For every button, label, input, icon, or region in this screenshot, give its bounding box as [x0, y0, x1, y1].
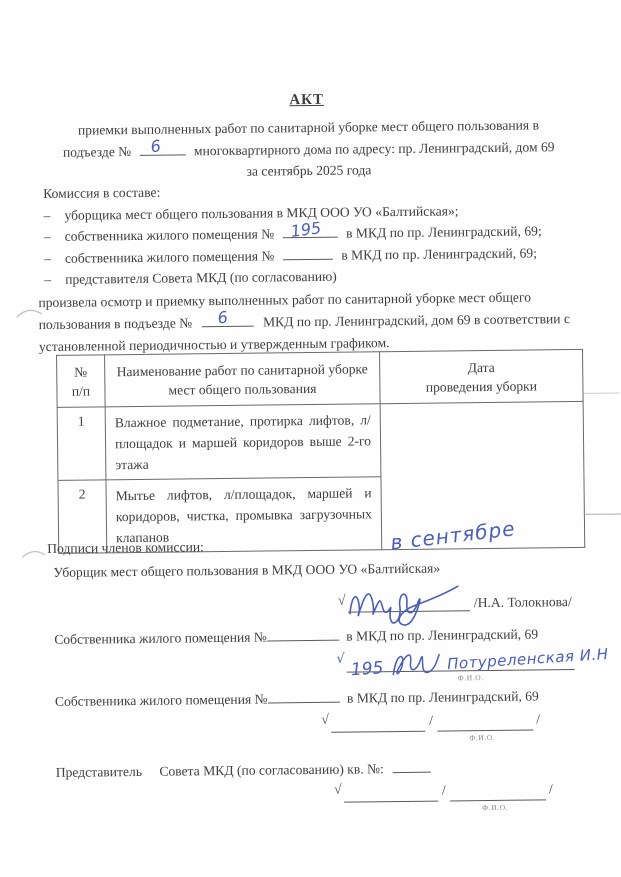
- entrance-number-blank: 6: [139, 140, 185, 156]
- owner1-signature-scribble: [388, 646, 442, 681]
- representative-fio-caption: Ф.И.О.: [482, 803, 508, 812]
- works-table-header-row: № п/п Наименование работ по санитарной у…: [57, 349, 584, 407]
- commission-item-3-before: собственника жилого помещения №: [65, 248, 275, 265]
- intro-line2-after: многоквартирного дома по адресу: пр. Лен…: [194, 139, 555, 158]
- owner2-signature-line: [331, 731, 425, 733]
- header-cell-work-name: Наименование работ по санитарной уборке …: [105, 352, 381, 407]
- scan-artifact-line-bottom: [584, 513, 621, 514]
- owner2-label-after: в МКД по пр. Ленинградский, 69: [347, 688, 539, 705]
- representative-signature-line: [344, 801, 438, 803]
- owner1-apartment-blank: 195: [283, 223, 338, 239]
- margin-arc-mark-upper: [14, 303, 44, 321]
- intro-paragraph: приемки выполненных работ по санитарной …: [44, 114, 573, 184]
- intro-line2-before: подъезде №: [63, 144, 131, 160]
- owner2-check-mark: √: [321, 713, 329, 729]
- commission-heading: Комиссия в составе:: [43, 182, 160, 205]
- row1-number-cell: 1: [57, 407, 106, 481]
- header-date-line2: проведения уборки: [384, 375, 578, 396]
- owner1-label-blank: [267, 626, 339, 642]
- owner1-fio-caption: Ф.И.О.: [458, 673, 484, 682]
- owner2-apartment-blank: [283, 244, 333, 260]
- representative-slash-2: /: [549, 778, 553, 800]
- signatures-heading: Подписи членов комиссии:: [47, 536, 204, 559]
- owner2-slash-2: /: [536, 708, 540, 730]
- works-table-row-1: 1 Влажное подметание, протирка лифтов, л…: [57, 401, 584, 480]
- document-content: АКТ приемки выполненных работ по санитар…: [0, 0, 621, 877]
- date-handwritten-entry: в сентябре: [389, 516, 516, 554]
- owner2-label-blank: [267, 688, 339, 704]
- cleaner-name: /Н.А. Толокнова/: [474, 591, 572, 614]
- list-dash: –: [44, 226, 65, 248]
- owner2-fio-caption: Ф.И.О.: [469, 733, 495, 742]
- works-table: № п/п Наименование работ по санитарной у…: [56, 349, 585, 554]
- commission-item-3-after: в МКД по пр. Ленинградский, 69;: [341, 245, 537, 262]
- owner2-slash-1: /: [429, 710, 433, 732]
- owner2-label: Собственника жилого помещения № в МКД по…: [55, 685, 539, 712]
- header-cell-date: Дата проведения уборки: [380, 349, 584, 403]
- commission-list: – уборщика мест общего пользования в МКД…: [43, 199, 584, 290]
- row1-work-cell: Влажное подметание, протирка лифтов, л/п…: [105, 404, 381, 480]
- owner2-name-line: [437, 729, 533, 731]
- cleaner-signature-scribble: [344, 576, 465, 627]
- document-title-text: АКТ: [289, 92, 324, 108]
- header-number-line2: п/п: [61, 381, 100, 400]
- date-merged-cell: в сентябре: [380, 401, 585, 549]
- inspection-line2-before: пользования в подъезде №: [39, 315, 193, 332]
- representative-slash-1: /: [442, 779, 446, 801]
- representative-name-line: [450, 799, 546, 801]
- scanned-document-page: АКТ приемки выполненных работ по санитар…: [0, 0, 621, 877]
- owner1-check-mark: √: [336, 652, 344, 667]
- header-number-line1: №: [61, 362, 100, 381]
- owner1-apartment-handwritten: 195: [289, 217, 322, 242]
- list-dash: –: [44, 269, 65, 291]
- scan-artifact-line-top: [584, 392, 620, 393]
- representative-label-part2: Совета МКД (по согласованию) кв. №:: [159, 761, 384, 779]
- owner1-handwritten-number: 195: [350, 658, 384, 680]
- inspection-line2-after: МКД по пр. Ленинградский, дом 69 в соотв…: [263, 311, 570, 329]
- commission-item-2-after: в МКД по пр. Ленинградский, 69;: [346, 224, 542, 241]
- representative-check-mark: √: [334, 783, 342, 799]
- representative-label-part1: Представитель: [56, 764, 142, 780]
- header-date-line1: Дата: [384, 356, 578, 377]
- inspection-entrance-blank: 6: [201, 311, 253, 327]
- inspection-paragraph: произвела осмотр и приемку выполненных р…: [38, 286, 584, 358]
- list-dash: –: [43, 205, 64, 227]
- commission-item-2-before: собственника жилого помещения №: [65, 227, 275, 244]
- owner2-label-before: Собственника жилого помещения №: [55, 692, 268, 709]
- owner1-label-before: Собственника жилого помещения №: [54, 630, 267, 647]
- document-title: АКТ: [0, 88, 617, 112]
- list-dash: –: [44, 247, 65, 269]
- representative-label: Представитель Совета МКД (по согласовани…: [56, 758, 432, 784]
- margin-arc-mark-lower: [20, 545, 48, 561]
- owner1-handwritten-name: Потуреленская И.Н: [447, 645, 609, 673]
- commission-item-4-text: представителя Совета МКД (по согласовани…: [65, 266, 337, 290]
- representative-apartment-blank: [393, 758, 431, 773]
- header-cell-number: № п/п: [57, 355, 106, 408]
